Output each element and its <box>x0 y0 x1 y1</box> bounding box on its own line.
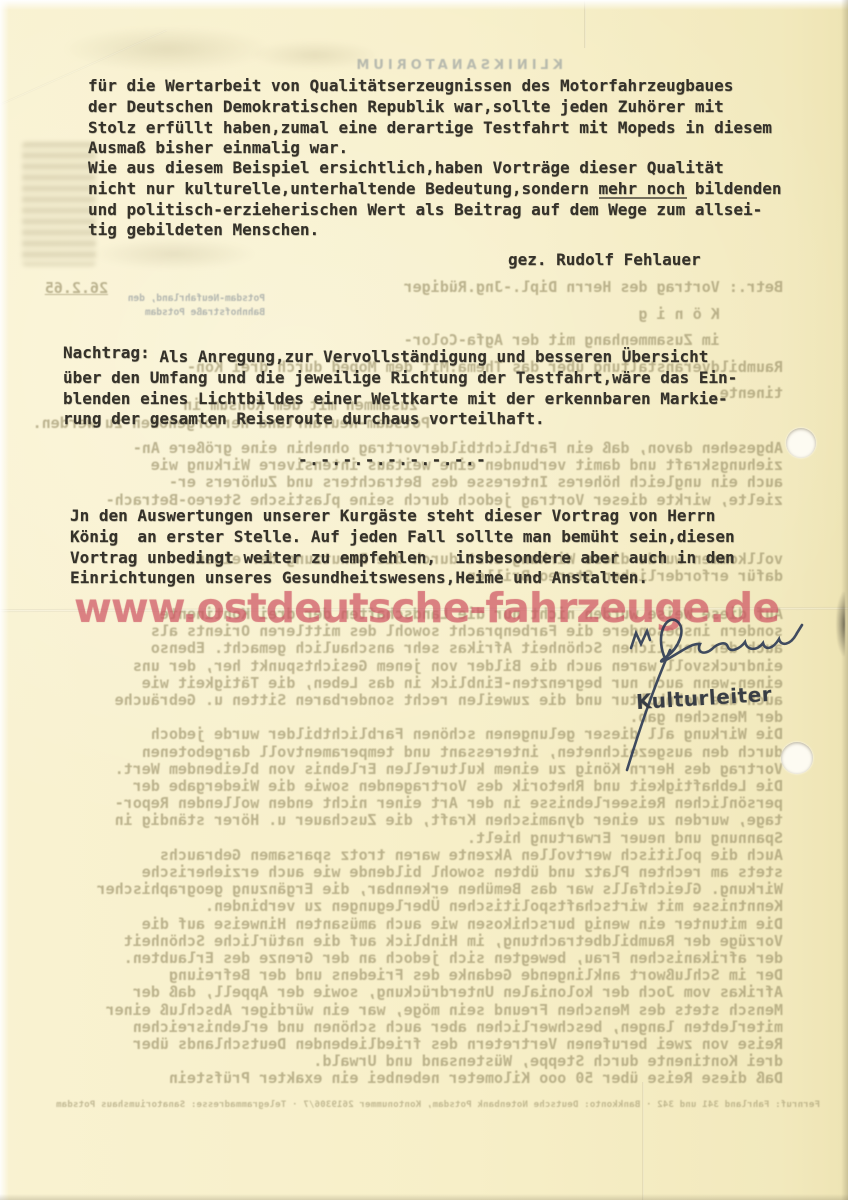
bleedthrough-line: Auch die politisch wertvollen Akzente wa… <box>97 847 783 864</box>
underline-mark <box>599 197 687 199</box>
bleedthrough-line: drei Kontinente durch Steppe, Wüstensand… <box>97 1053 783 1070</box>
scan-edge <box>0 1194 848 1200</box>
letterhead-garden-image <box>92 238 257 270</box>
bleedthrough-line: Afrikas vom Joch der kolonialen Unterdrü… <box>97 984 783 1001</box>
typed-line: Vortrag unbedingt weiter zu empfehlen, i… <box>70 548 735 569</box>
typed-line: der Deutschen Demokratischen Republik wa… <box>88 97 772 118</box>
watermark-text: www.ostdeutsche-fahrzeuge.de <box>74 584 779 632</box>
bleedthrough-line: Vortrag des Herrn König zu einem kulture… <box>97 761 783 778</box>
typed-line: und politisch-erzieherischen Wert als Be… <box>88 200 782 221</box>
paper-sheet: KLINIKSANATORIUM Betr.: Vortrag des Herr… <box>0 0 848 1200</box>
bleedthrough-line: Die Lebhaftigkeit und Rhetorik des Vortr… <box>97 778 783 795</box>
typed-signature-line: gez. Rudolf Fehlauer <box>508 250 701 271</box>
bleedthrough-line: Potsdam-Neufahrland, den <box>128 292 265 306</box>
hole-punch <box>781 742 813 774</box>
bleedthrough-line: K ö n i g <box>187 301 783 328</box>
bleedthrough-line: stets am rechten Platz und übten sowohl … <box>97 864 783 881</box>
bleedthrough-line: tage, wurden zu einer dynamischen Kraft,… <box>97 812 783 829</box>
paper-edge-tear <box>836 592 845 656</box>
typed-line: König an erster Stelle. Auf jeden Fall s… <box>70 527 735 548</box>
bleedthrough-line: Kenntnisse mit wirtschaftspolitischen Üb… <box>97 898 783 915</box>
bleedthrough-line: auch der herrlichen Schönheit Afrikas se… <box>97 640 783 657</box>
bleedthrough-line: Bahnhofstraße Potsdam <box>128 306 265 320</box>
typed-paragraph: Jn den Auswertungen unserer Kurgäste ste… <box>70 506 735 589</box>
bleedthrough-line: der afrikanischen Frau, bewegten sich je… <box>97 950 783 967</box>
bleedthrough-letterhead-footer: Fernruf: Fahrland 341 und 342 · Bankkont… <box>56 1100 820 1110</box>
typed-line: Wie aus diesem Beispiel ersichtlich,habe… <box>88 158 782 179</box>
typed-paragraph: Als Anregung,zur Vervollständigung und b… <box>63 347 737 430</box>
bleedthrough-paragraph: Auf diese Weise wurden nicht nur die Lan… <box>97 606 783 1088</box>
bleedthrough-line: Daß diese Reise über 50 ooo Kilometer ne… <box>97 1070 783 1087</box>
bleedthrough-line: Wirkung. Gleichfalls war das Bemühen erk… <box>97 881 783 898</box>
typed-line: tig gebildeten Menschen. <box>88 220 782 241</box>
typed-separator: -.-.-.-.-.-.-.-.- <box>298 450 487 471</box>
bleedthrough-line: Reise von zwei berufenen Vertretern des … <box>97 1036 783 1053</box>
bleedthrough-line: persönlichen Reiseerlebnisse in der Art … <box>97 795 783 812</box>
bleedthrough-date: 26.2.65 <box>45 279 108 297</box>
bleedthrough-line: miterlebten langen, beschwerlichen aber … <box>97 1019 783 1036</box>
scanned-letter-page: { "page": { "watermark": "www.ostdeutsch… <box>0 0 848 1200</box>
scan-edge <box>0 0 848 10</box>
typed-line: Jn den Auswertungen unserer Kurgäste ste… <box>70 506 735 527</box>
bleedthrough-line: der Menschen gab. <box>97 709 783 726</box>
bleedthrough-line: durch den ausgezeichneten, interessant u… <box>97 744 783 761</box>
typed-paragraph: für die Wertarbeit von Qualitätserzeugni… <box>88 76 772 159</box>
bleedthrough-line: Die Wirkung all dieser gelungenen schöne… <box>97 726 783 743</box>
typed-line: Stolz erfüllt haben,zumal eine derartige… <box>88 118 772 139</box>
bleedthrough-line: eindrucksvoll waren auch die Bilder von … <box>97 658 783 675</box>
letterhead-building-image <box>22 142 96 266</box>
letterhead-trees-image <box>250 40 380 70</box>
typed-line: blenden eines Lichtbildes einer Weltkart… <box>63 389 737 410</box>
bleedthrough-line: auch ein ungleich höheres Interesse des … <box>106 474 783 491</box>
typed-line: Als Anregung,zur Vervollständigung und b… <box>63 347 737 368</box>
bleedthrough-line: Mensch stets des Menschen Freund sein mö… <box>97 1002 783 1019</box>
hole-punch <box>786 428 816 458</box>
typed-line: über den Umfang und die jeweilige Richtu… <box>63 368 737 389</box>
typed-line: rung der gesamten Reiseroute durchaus vo… <box>63 409 737 430</box>
paper-crease <box>642 1082 644 1200</box>
bleedthrough-line: Spannung und neuer Erwartung hielt. <box>97 830 783 847</box>
typed-paragraph: Wie aus diesem Beispiel ersichtlich,habe… <box>88 158 782 241</box>
bleedthrough-letterhead: KLINIKSANATORIUM <box>352 58 563 73</box>
scan-edge <box>0 0 9 1200</box>
bleedthrough-line: Vorzüge der Raumbildbetrachtung, im Hinb… <box>97 933 783 950</box>
bleedthrough-line: Die mitunter ein wenig burschikosen wie … <box>97 916 783 933</box>
bleedthrough-line: Betr.: Vortrag des Herrn Dipl.-Jng.Rüdig… <box>187 274 783 301</box>
typed-line: für die Wertarbeit von Qualitätserzeugni… <box>88 76 772 97</box>
typed-line: Ausmaß bisher einmalig war. <box>88 138 772 159</box>
bleedthrough-date-stamp: Potsdam-Neufahrland, denBahnhofstraße Po… <box>128 292 265 320</box>
bleedthrough-line: Der im Schlußwort anklingende Gedanke de… <box>97 967 783 984</box>
